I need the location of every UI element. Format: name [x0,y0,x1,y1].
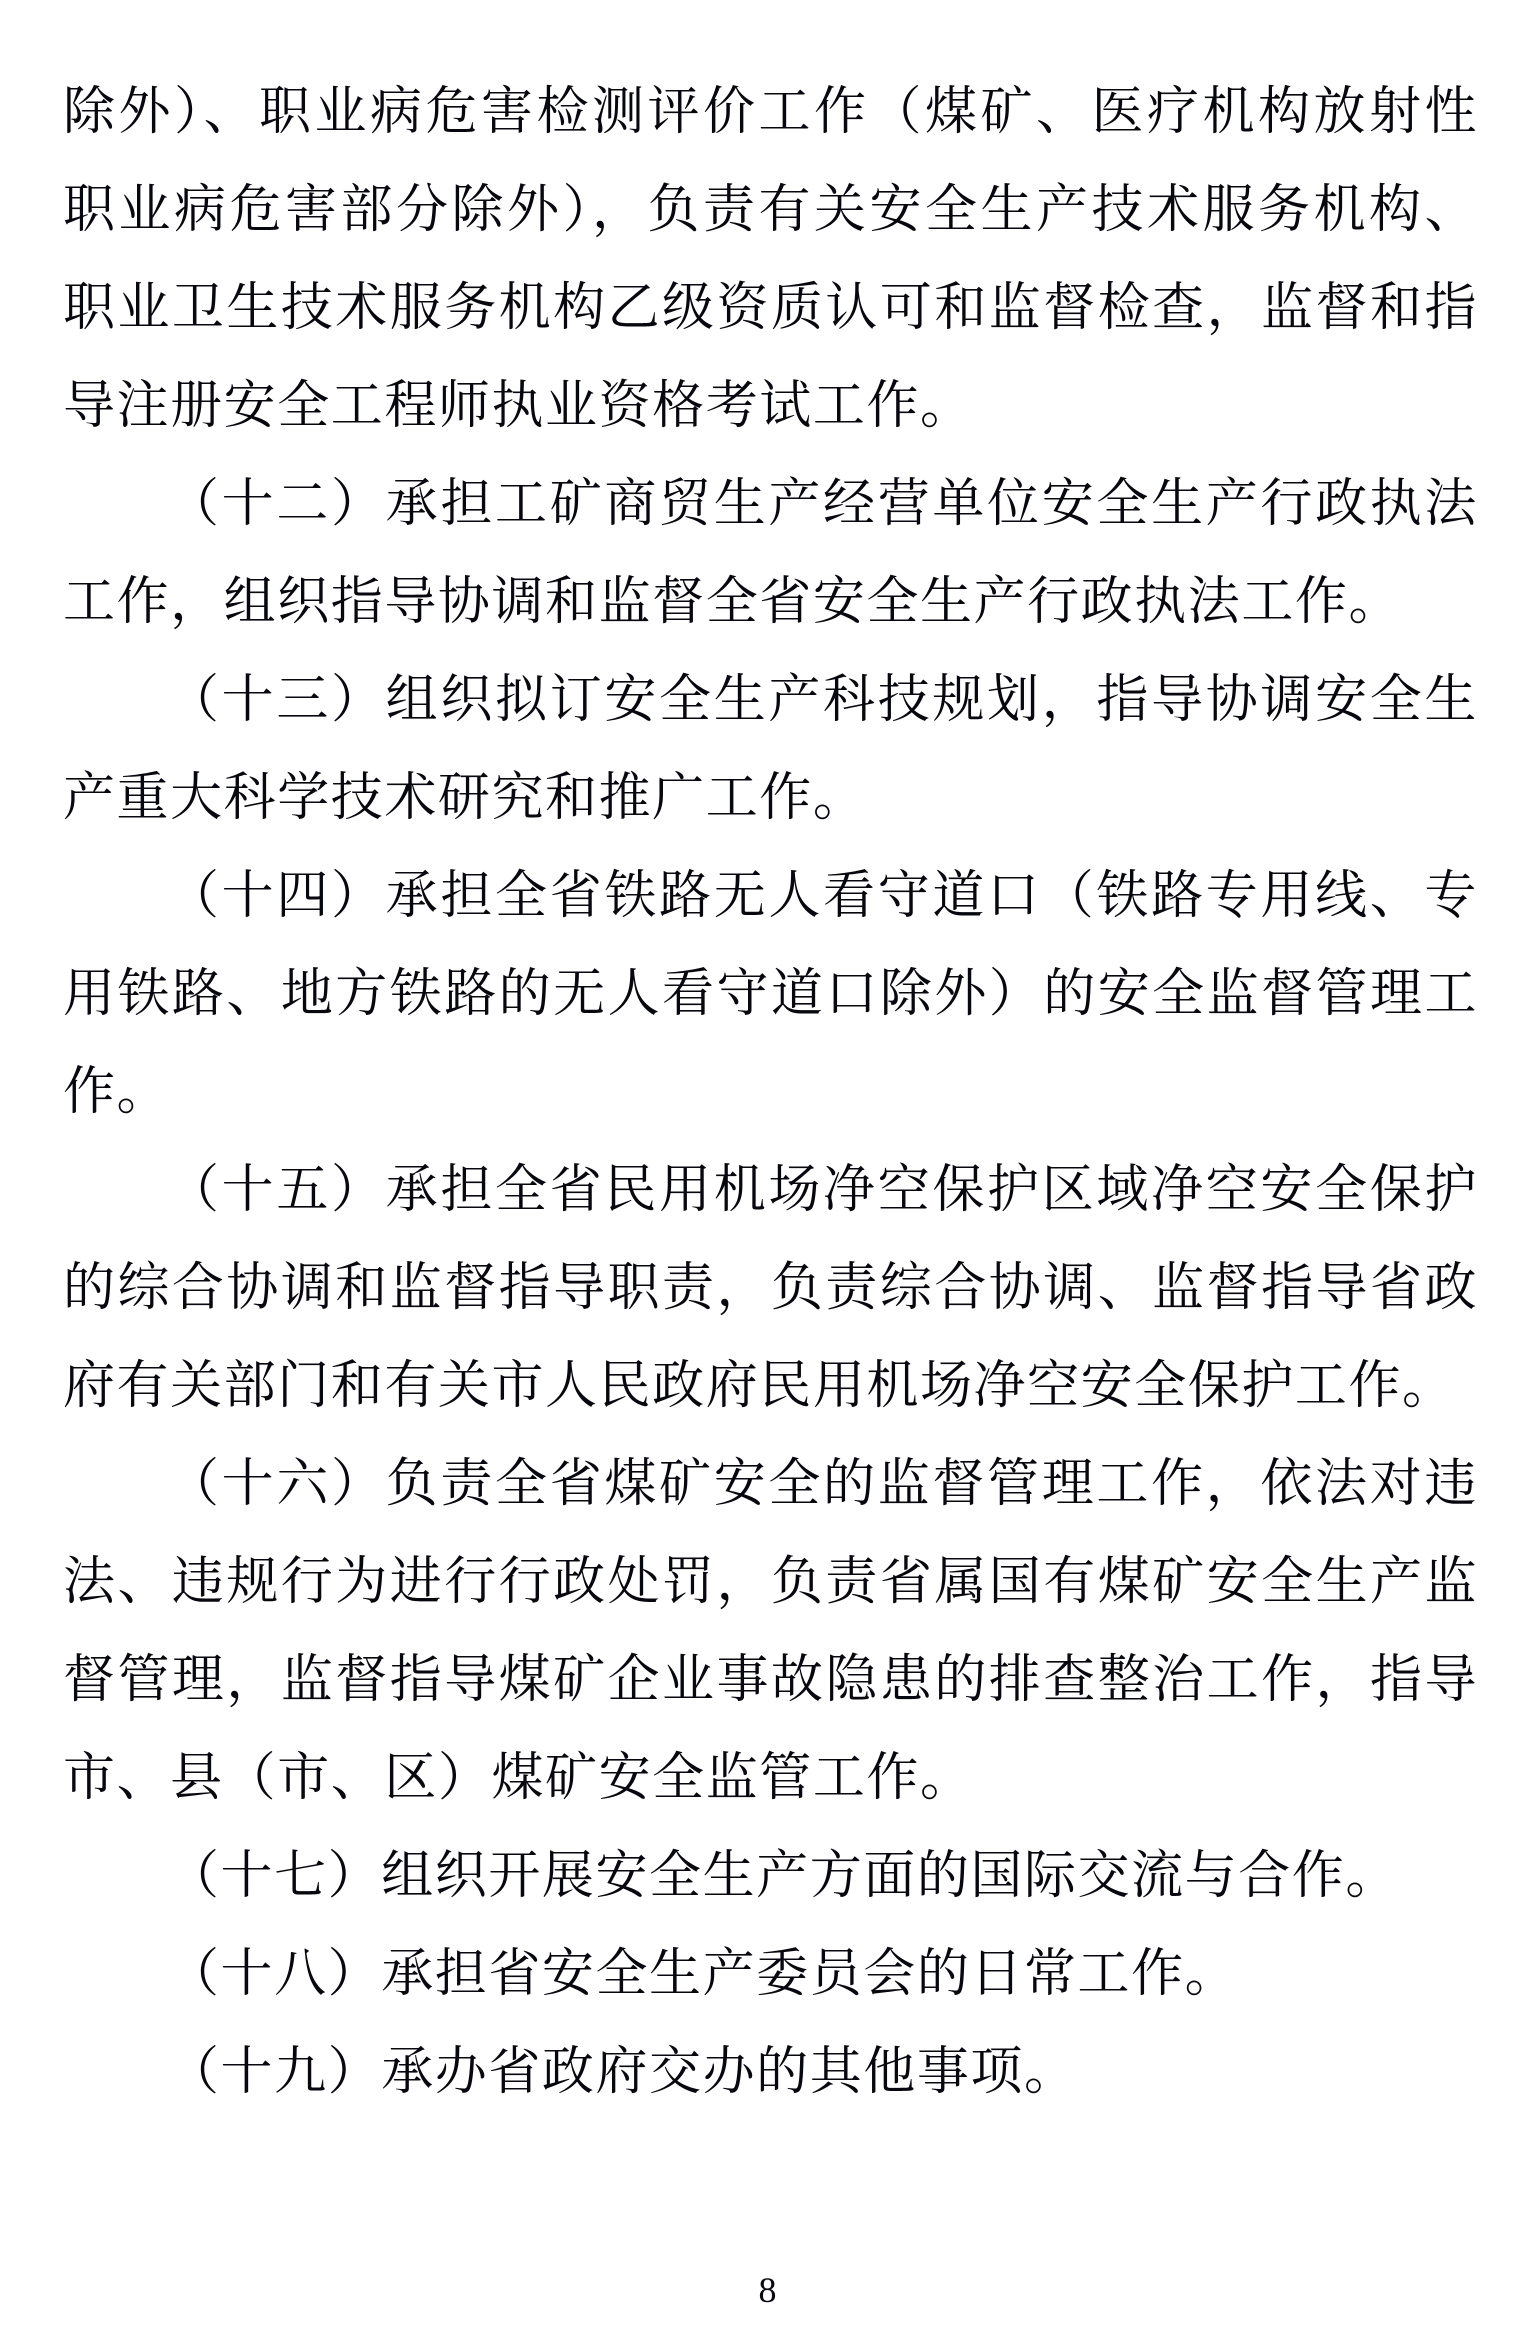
paragraph: （十三）组织拟订安全生产科技规划，指导协调安全生产重大科学技术研究和推广工作。 [63,652,1478,848]
paragraph: （十八）承担省安全生产委员会的日常工作。 [63,1926,1478,2024]
paragraph: （十七）组织开展安全生产方面的国际交流与合作。 [63,1828,1478,1926]
paragraph: （十九）承办省政府交办的其他事项。 [63,2024,1478,2122]
paragraph: （十四）承担全省铁路无人看守道口（铁路专用线、专用铁路、地方铁路的无人看守道口除… [63,848,1478,1142]
paragraph: 除外）、职业病危害检测评价工作（煤矿、医疗机构放射性职业病危害部分除外），负责有… [63,64,1478,456]
paragraph: （十二）承担工矿商贸生产经营单位安全生产行政执法工作，组织指导协调和监督全省安全… [63,456,1478,652]
paragraph: （十五）承担全省民用机场净空保护区域净空安全保护的综合协调和监督指导职责，负责综… [63,1142,1478,1436]
paragraph: （十六）负责全省煤矿安全的监督管理工作，依法对违法、违规行为进行行政处罚，负责省… [63,1436,1478,1828]
page-number: 8 [759,2270,777,2310]
document-page: 除外）、职业病危害检测评价工作（煤矿、医疗机构放射性职业病危害部分除外），负责有… [0,0,1535,2343]
page-footer: 8 [0,2266,1535,2314]
document-body-text: 除外）、职业病危害检测评价工作（煤矿、医疗机构放射性职业病危害部分除外），负责有… [63,64,1478,2122]
